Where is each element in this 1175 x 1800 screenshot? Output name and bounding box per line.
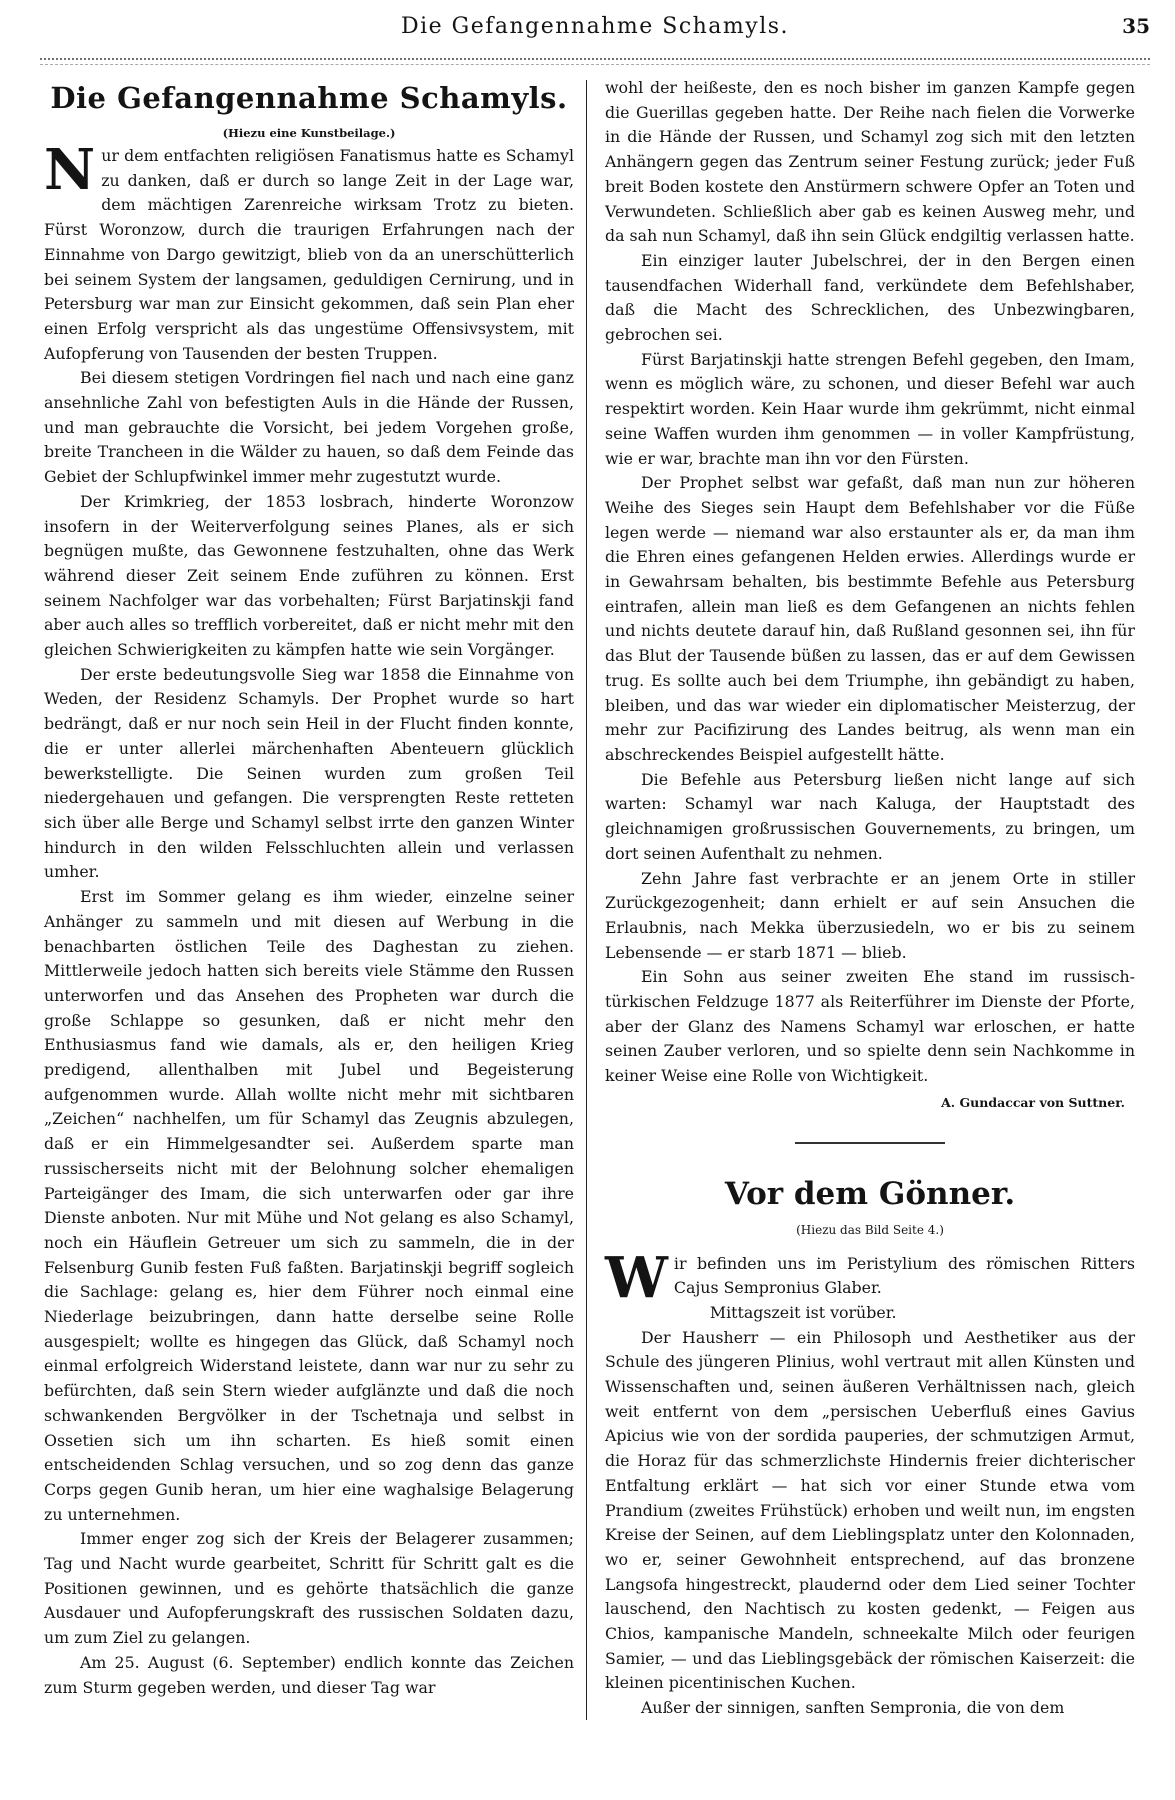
column-divider <box>586 80 587 1720</box>
article-paragraph: Immer enger zog sich der Kreis der Belag… <box>44 1527 574 1651</box>
article-paragraph: Außer der sinnigen, sanften Sempronia, d… <box>605 1696 1135 1721</box>
article-paragraph: Ein einziger lauter Jubelschrei, der in … <box>605 249 1135 348</box>
article-title: Die Gefangennahme Schamyls. <box>44 78 574 118</box>
article-paragraph: Der Hausherr — ein Philosoph und Aesthet… <box>605 1326 1135 1697</box>
right-column: wohl der heißeste, den es noch bisher im… <box>605 76 1135 1721</box>
article-paragraph: Mittagszeit ist vorüber. <box>605 1301 1135 1326</box>
author-signature: A. Gundaccar von Suttner. <box>605 1091 1135 1116</box>
article-paragraph: Erst im Sommer gelang es ihm wieder, ein… <box>44 885 574 1527</box>
header-rule-secondary <box>40 64 1150 65</box>
article-paragraph: Nur dem entfachten religiösen Fanatismus… <box>44 144 574 366</box>
drop-cap: N <box>44 146 95 194</box>
running-header: Die Gefangennahme Schamyls. 35 <box>40 14 1150 44</box>
page-number: 35 <box>1122 14 1150 38</box>
running-title: Die Gefangennahme Schamyls. <box>40 14 1150 39</box>
article-title: Vor dem Gönner. <box>605 1174 1135 1214</box>
article-paragraph: Der erste bedeutungsvolle Sieg war 1858 … <box>44 663 574 885</box>
article-subtitle: (Hiezu das Bild Seite 4.) <box>605 1220 1135 1240</box>
article-paragraph: wohl der heißeste, den es noch bisher im… <box>605 76 1135 249</box>
section-separator <box>795 1142 945 1144</box>
header-rule <box>40 58 1150 60</box>
article-paragraph: Der Prophet selbst war gefaßt, daß man n… <box>605 471 1135 767</box>
article-paragraph: Am 25. August (6. September) endlich kon… <box>44 1651 574 1700</box>
article-paragraph: Wir befinden uns im Peristylium des römi… <box>605 1252 1135 1301</box>
article-paragraph: Bei diesem stetigen Vordringen fiel nach… <box>44 366 574 490</box>
article-paragraph: Der Krimkrieg, der 1853 losbrach, hinder… <box>44 490 574 663</box>
article-subtitle: (Hiezu eine Kunstbeilage.) <box>44 124 574 142</box>
article-paragraph: Die Befehle aus Petersburg ließen nicht … <box>605 768 1135 867</box>
article-paragraph: Ein Sohn aus seiner zweiten Ehe stand im… <box>605 965 1135 1089</box>
article-paragraph: Zehn Jahre fast verbrachte er an jenem O… <box>605 867 1135 966</box>
left-column: Die Gefangennahme Schamyls. (Hiezu eine … <box>44 76 574 1700</box>
article-paragraph: Fürst Barjatinskji hatte strengen Befehl… <box>605 348 1135 472</box>
drop-cap: W <box>605 1254 668 1302</box>
